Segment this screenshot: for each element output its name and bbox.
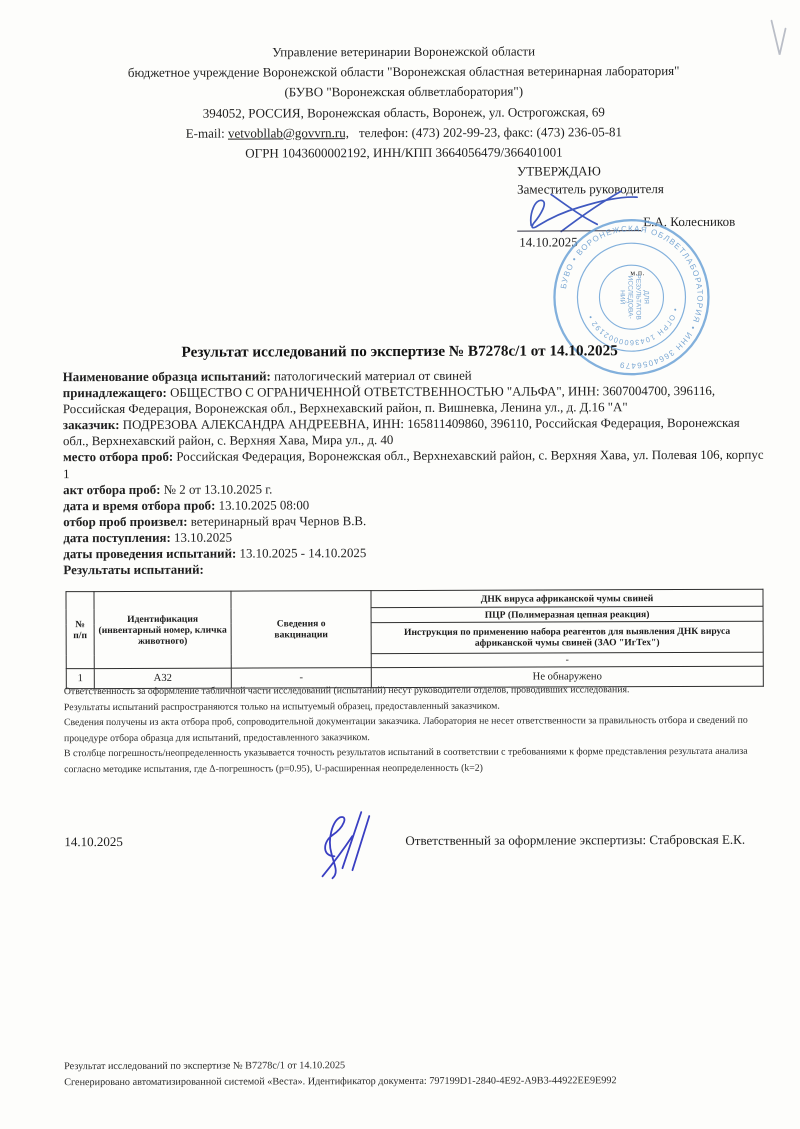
org-contacts: E-mail: vetvobllab@govvrn.ru,телефон: (4… bbox=[37, 122, 771, 145]
footnote: Сведения получены из акта отбора проб, с… bbox=[64, 713, 758, 747]
detail-line: место отбора проб: Российская Федерация,… bbox=[63, 447, 765, 482]
results-table: №п/п Идентификация (инвентарный номер, к… bbox=[65, 589, 763, 689]
org-name-line2: бюджетное учреждение Воронежской области… bbox=[37, 61, 771, 84]
col-header-num: №п/п bbox=[66, 592, 94, 669]
document-title: Результат исследований по экспертизе № В… bbox=[0, 342, 800, 363]
svg-text:РЕЗУЛЬТАТОВ: РЕЗУЛЬТАТОВ bbox=[634, 274, 641, 320]
test-method-header: ПЦР (Полимеразная цепная реакция) bbox=[371, 606, 763, 622]
email-address: vetvobllab@govvrn.ru, bbox=[228, 125, 349, 140]
document-content: Управление ветеринарии Воронежской облас… bbox=[0, 0, 800, 1129]
org-name-line3: (БУВО "Воронежская облветлаборатория") bbox=[37, 81, 771, 104]
scanned-document-page: Управление ветеринарии Воронежской облас… bbox=[0, 0, 800, 1129]
responsible-signature bbox=[304, 806, 376, 884]
svg-text:ДЛЯ: ДЛЯ bbox=[642, 290, 649, 304]
email-label: E-mail: bbox=[186, 125, 225, 140]
test-doc-header: Инструкция по применению набора реагенто… bbox=[371, 621, 763, 653]
footnote: В столбце погрешность/неопределенность у… bbox=[64, 744, 758, 778]
test-sub-header: - bbox=[371, 652, 763, 667]
detail-line: принадлежащего: ОБЩЕСТВО С ОГРАНИЧЕННОЙ … bbox=[63, 383, 765, 418]
signoff-date: 14.10.2025 bbox=[64, 834, 123, 850]
svg-text:НИЙ: НИЙ bbox=[618, 290, 627, 305]
page-footer: Результат исследований по экспертизе № В… bbox=[64, 1057, 616, 1090]
responsible-label: Ответственный за оформление экспертизы: … bbox=[405, 832, 745, 849]
org-header: Управление ветеринарии Воронежской облас… bbox=[37, 41, 771, 165]
svg-text:ИССЛЕДОВА-: ИССЛЕДОВА- bbox=[626, 276, 633, 319]
footnotes: Ответственность за оформление табличной … bbox=[64, 682, 758, 778]
stamp-place-mark: м.п. bbox=[630, 268, 645, 277]
sample-details: Наименование образца испытаний: патологи… bbox=[63, 367, 766, 579]
footer-generated-by: Сгенерировано автоматизированной системо… bbox=[64, 1073, 616, 1090]
col-header-identification: Идентификация (инвентарный номер, кличка… bbox=[94, 591, 231, 668]
org-address: 394052, РОССИЯ, Воронежская область, Вор… bbox=[37, 101, 771, 124]
org-name-line1: Управление ветеринарии Воронежской облас… bbox=[37, 41, 771, 64]
detail-line: заказчик: ПОДРЕЗОВА АЛЕКСАНДРА АНДРЕЕВНА… bbox=[63, 415, 765, 450]
org-ogrn-inn: ОГРН 1043600002192, ИНН/КПП 3664056479/3… bbox=[37, 142, 771, 165]
phone-fax: телефон: (473) 202-99-23, факс: (473) 23… bbox=[359, 124, 622, 140]
approve-word: УТВЕРЖДАЮ bbox=[517, 162, 664, 181]
results-heading: Результаты испытаний: bbox=[63, 560, 765, 579]
col-header-vaccination: Сведения о вакцинации bbox=[231, 591, 371, 668]
test-group-header: ДНК вируса африканской чумы свиней bbox=[371, 589, 763, 607]
stamp-center-text: ДЛЯ РЕЗУЛЬТАТОВ ИССЛЕДОВА- НИЙ bbox=[618, 274, 649, 320]
